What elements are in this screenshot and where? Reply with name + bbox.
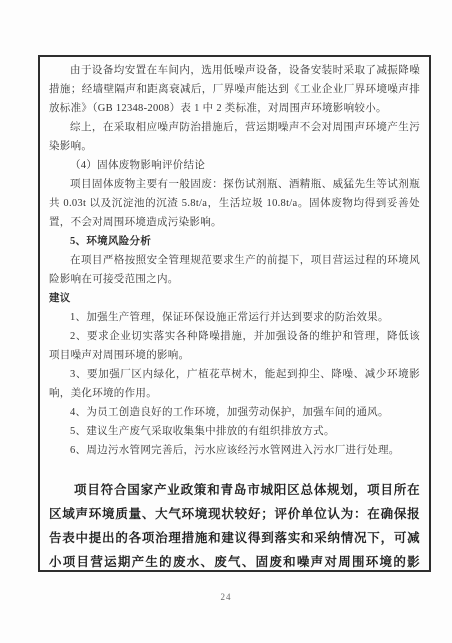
paragraph: 综上，在采取相应噪声防治措施后，营运期噪声不会对周围声环境产生污染影响。 xyxy=(49,118,420,156)
paragraph: 5、建议生产废气采取收集集中排放的有组织排放方式。 xyxy=(49,422,420,441)
paragraph: 建议 xyxy=(49,289,420,308)
document-page: 由于设备均安置在车间内，选用低噪声设备，设备安装时采取了减振降噪措施；经墙壁隔声… xyxy=(0,0,452,643)
paragraph: 1、加强生产管理，保证环保设施正常运行并达到要求的防治效果。 xyxy=(49,308,420,327)
report-cell: 由于设备均安置在车间内，选用低噪声设备，设备安装时采取了减振降噪措施；经墙壁隔声… xyxy=(38,55,431,572)
paragraph: 项目固体废物主要有一般固废：探伤试剂瓶、酒精瓶、威猛先生等试剂瓶共 0.03t … xyxy=(49,175,420,232)
paragraph: （4）固体废物影响评价结论 xyxy=(49,156,420,175)
paragraph: 6、周边污水管网完善后，污水应该经污水管网进入污水厂进行处理。 xyxy=(49,441,420,460)
page-number: 24 xyxy=(0,592,452,602)
paragraph: 5、环境风险分析 xyxy=(49,232,420,251)
paragraph: 3、要加强厂区内绿化，广植花草树木，能起到抑尘、降噪、减少环境影响，美化环境的作… xyxy=(49,365,420,403)
paragraph: 4、为员工创造良好的工作环境，加强劳动保护，加强车间的通风。 xyxy=(49,403,420,422)
paragraph: 2、要求企业切实落实各种降噪措施，并加强设备的维护和管理，降低该项目噪声对周围环… xyxy=(49,327,420,365)
paragraph: 在项目严格按照安全管理规范要求生产的前提下，项目营运过程的环境风险影响在可接受范… xyxy=(49,251,420,289)
paragraph: 项目符合国家产业政策和青岛市城阳区总体规划，项目所在区域声环境质量、大气环境现状… xyxy=(49,478,420,572)
paragraph: 由于设备均安置在车间内，选用低噪声设备，设备安装时采取了减振降噪措施；经墙壁隔声… xyxy=(49,61,420,118)
